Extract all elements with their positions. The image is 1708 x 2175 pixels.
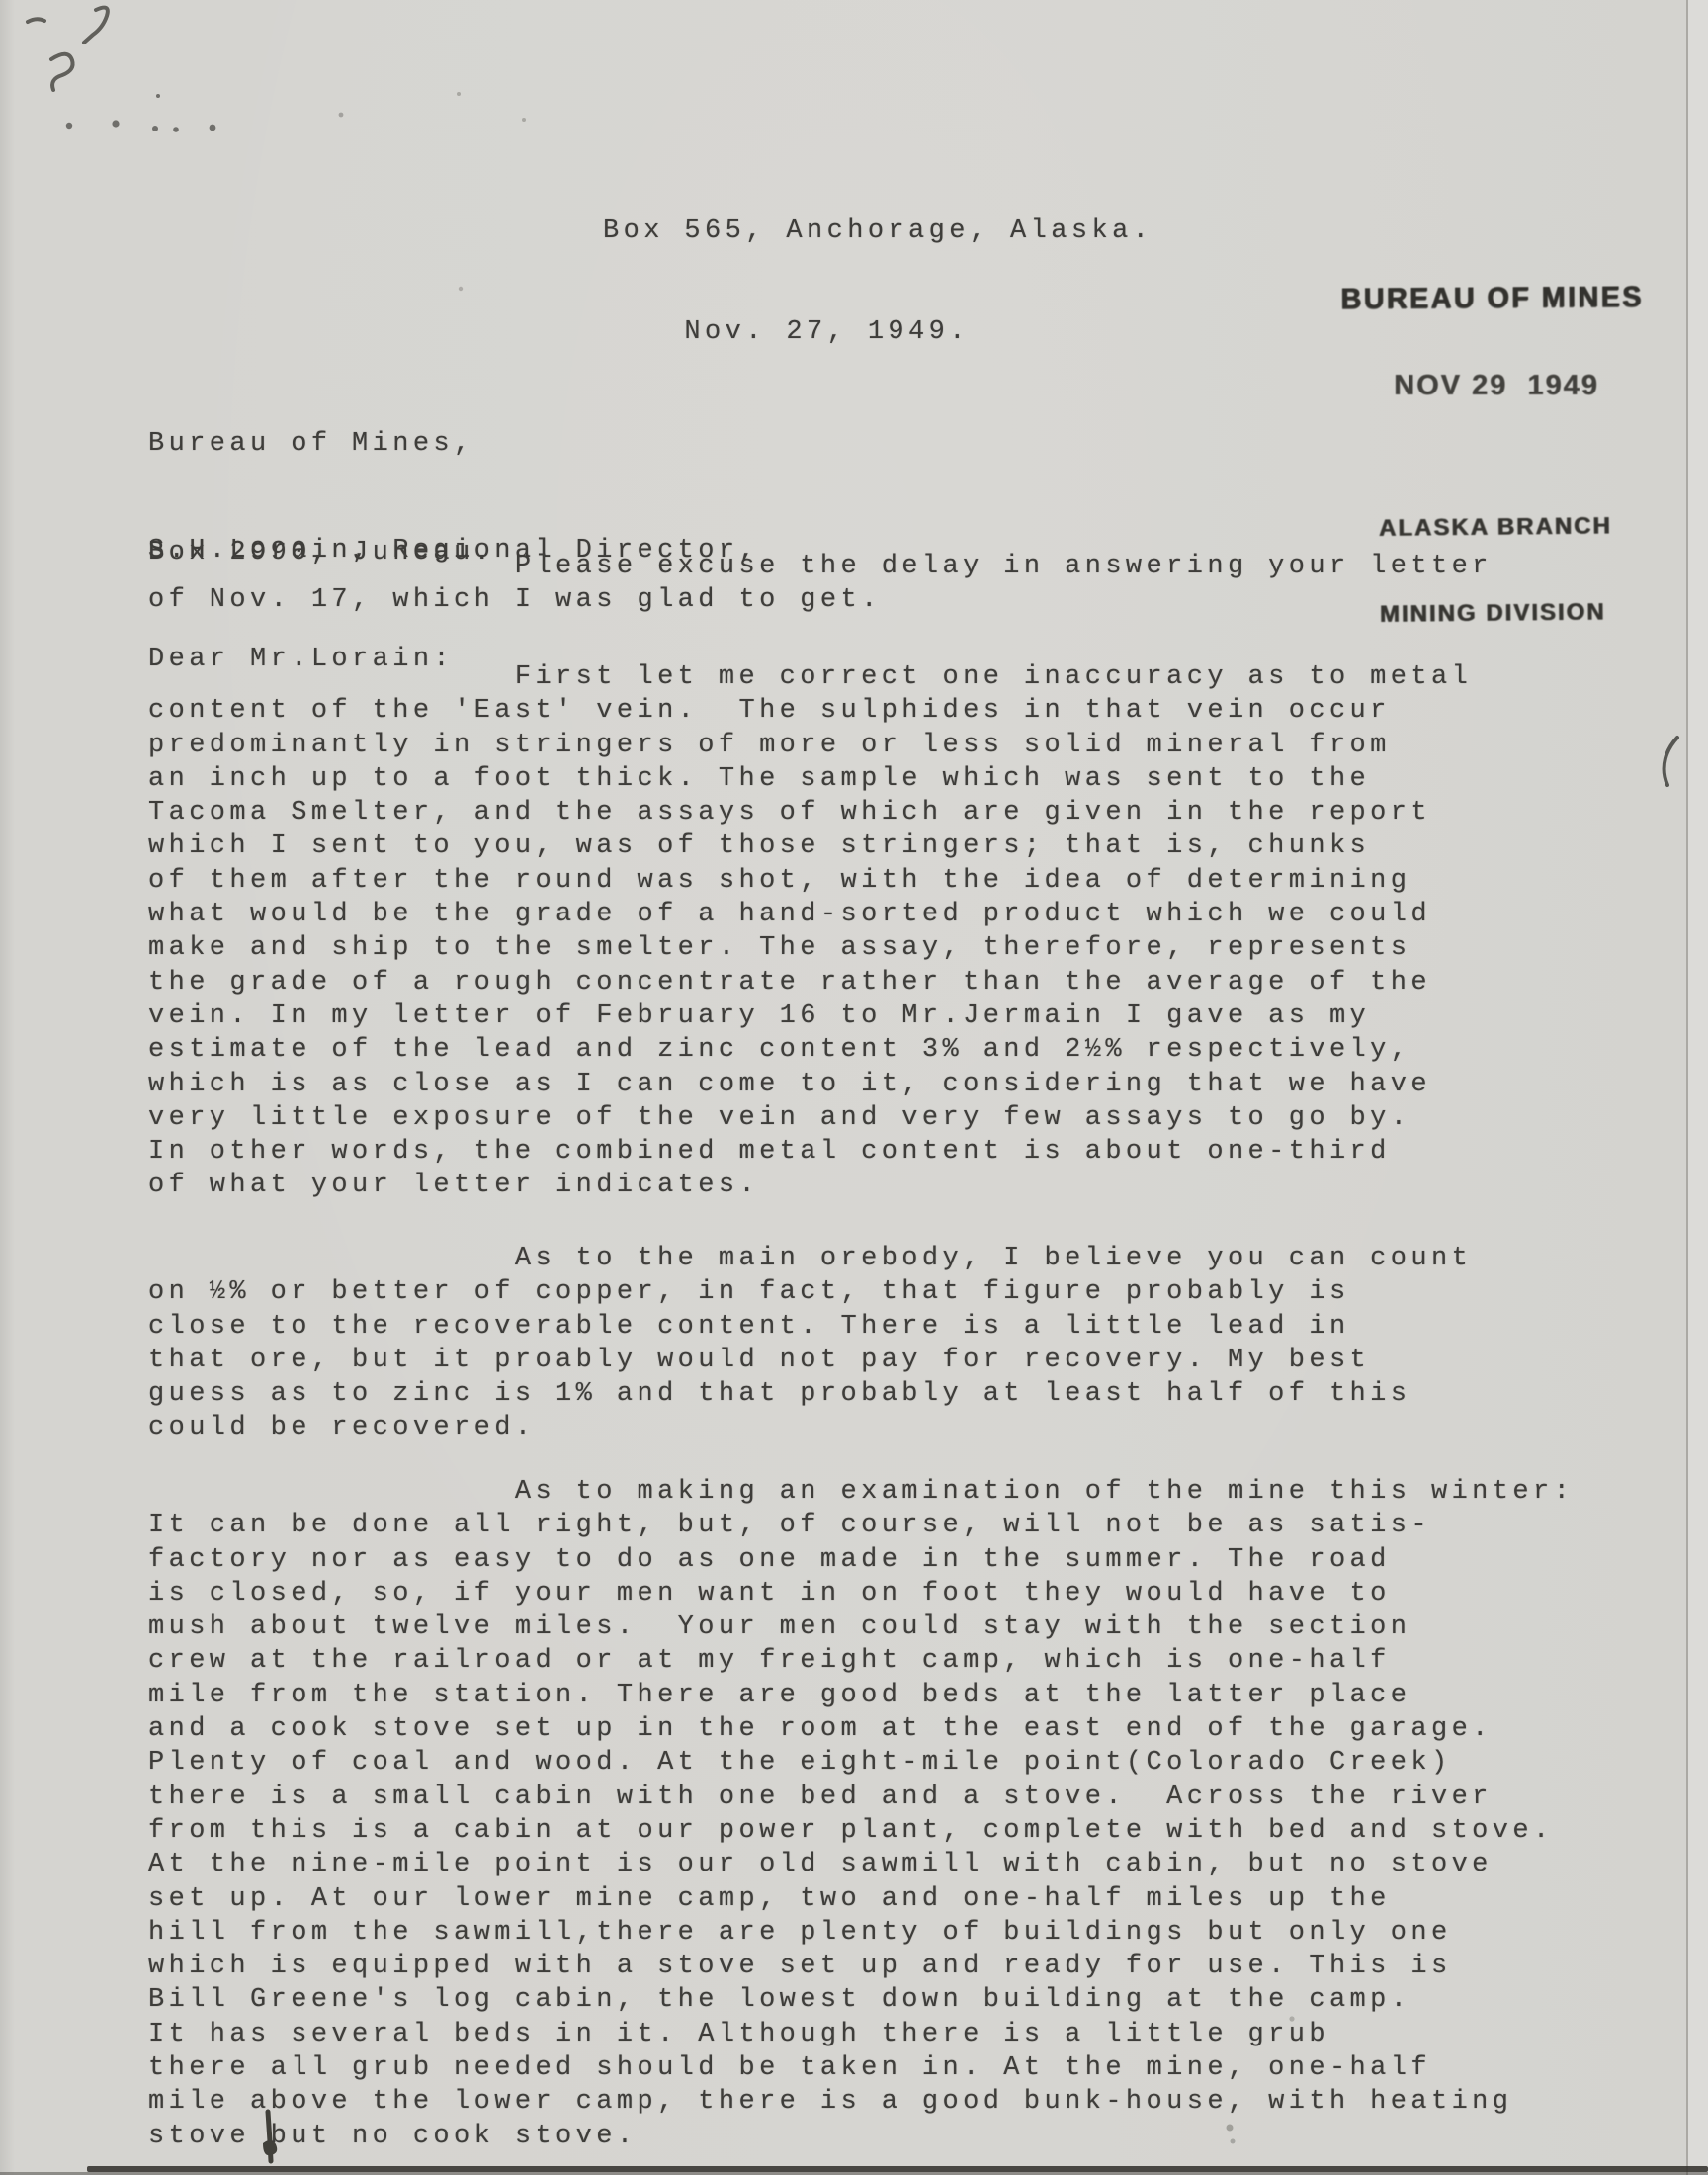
text-line: It has several beds in it. Although ther… [148, 2018, 1574, 2051]
sender-address: Box 565, Anchorage, Alaska. Nov. 27, 194… [603, 146, 1153, 417]
text-line: which is equipped with a stove set up an… [148, 1950, 1574, 1983]
text-line: which is as close as I can come to it, c… [148, 1068, 1472, 1101]
paper-edge-line [1686, 0, 1708, 2175]
text-line: stove but no cook stove. [148, 2120, 1574, 2153]
text-line: what would be the grade of a hand-sorted… [148, 898, 1472, 931]
text-line: of Nov. 17, which I was glad to get. [148, 583, 1493, 617]
text-line: Bill Greene's log cabin, the lowest down… [148, 1983, 1574, 2017]
text-line: First let me correct one inaccuracy as t… [148, 660, 1472, 694]
text-line: mush about twelve miles. Your men could … [148, 1610, 1574, 1644]
text-line: It can be done all right, but, of course… [148, 1509, 1574, 1542]
recipient-line1: Bureau of Mines, [148, 426, 494, 463]
text-line: mile above the lower camp, there is a go… [148, 2085, 1574, 2119]
letter-date: Nov. 27, 1949. [603, 315, 1153, 349]
text-line: crew at the railroad or at my freight ca… [148, 1644, 1574, 1678]
text-line: hill from the sawmill,there are plenty o… [148, 1916, 1574, 1950]
text-line: As to making an examination of the mine … [148, 1475, 1574, 1509]
text-line: Please excuse the delay in answering you… [148, 550, 1493, 583]
text-line: an inch up to a foot thick. The sample w… [148, 762, 1472, 796]
text-line: on ½% or better of copper, in fact, that… [148, 1275, 1472, 1309]
text-line: vein. In my letter of February 16 to Mr.… [148, 1000, 1472, 1033]
bureau-of-mines-stamp: BUREAU OF MINES [1340, 281, 1644, 316]
paragraph-1: Please excuse the delay in answering you… [148, 550, 1493, 618]
text-line: of what your letter indicates. [148, 1169, 1472, 1202]
text-line: predominantly in stringers of more or le… [148, 729, 1472, 762]
text-line: that ore, but it proably would not pay f… [148, 1344, 1472, 1377]
text-line: from this is a cabin at our power plant,… [148, 1814, 1574, 1848]
text-line: estimate of the lead and zinc content 3%… [148, 1033, 1472, 1067]
text-line: and a cook stove set up in the room at t… [148, 1712, 1574, 1746]
text-line: At the nine-mile point is our old sawmil… [148, 1848, 1574, 1881]
text-line: there is a small cabin with one bed and … [148, 1781, 1574, 1814]
paragraph-3: As to the main orebody, I believe you ca… [148, 1242, 1472, 1445]
text-line: In other words, the combined metal conte… [148, 1135, 1472, 1169]
received-date-stamp: NOV 29 1949 [1394, 370, 1599, 402]
text-line: the grade of a rough concentrate rather … [148, 966, 1472, 1000]
alaska-branch-stamp-line1: ALASKA BRANCH [1379, 512, 1612, 543]
text-line: could be recovered. [148, 1411, 1472, 1444]
pen-hook-mark [1665, 738, 1677, 785]
text-line: close to the recoverable content. There … [148, 1310, 1472, 1344]
text-line: mile from the station. There are good be… [148, 1679, 1574, 1712]
text-line: there all grub needed should be taken in… [148, 2051, 1574, 2085]
text-line: Plenty of coal and wood. At the eight-mi… [148, 1746, 1574, 1780]
text-line: make and ship to the smelter. The assay,… [148, 931, 1472, 965]
text-line: factory nor as easy to do as one made in… [148, 1543, 1574, 1577]
text-line: of them after the round was shot, with t… [148, 864, 1472, 898]
paragraph-4: As to making an examination of the mine … [148, 1475, 1574, 2153]
text-line: As to the main orebody, I believe you ca… [148, 1242, 1472, 1275]
text-line: which I sent to you, was of those string… [148, 829, 1472, 863]
sender-address-line1: Box 565, Anchorage, Alaska. [603, 215, 1153, 248]
paragraph-2: First let me correct one inaccuracy as t… [148, 660, 1472, 1203]
text-line: guess as to zinc is 1% and that probably… [148, 1377, 1472, 1411]
text-line: set up. At our lower mine camp, two and … [148, 1882, 1574, 1916]
text-line: very little exposure of the vein and ver… [148, 1101, 1472, 1135]
text-line: Tacoma Smelter, and the assays of which … [148, 796, 1472, 829]
text-line: is closed, so, if your men want in on fo… [148, 1577, 1574, 1610]
letter-page: Box 565, Anchorage, Alaska. Nov. 27, 194… [0, 0, 1708, 2175]
text-line: content of the 'East' vein. The sulphide… [148, 694, 1472, 728]
